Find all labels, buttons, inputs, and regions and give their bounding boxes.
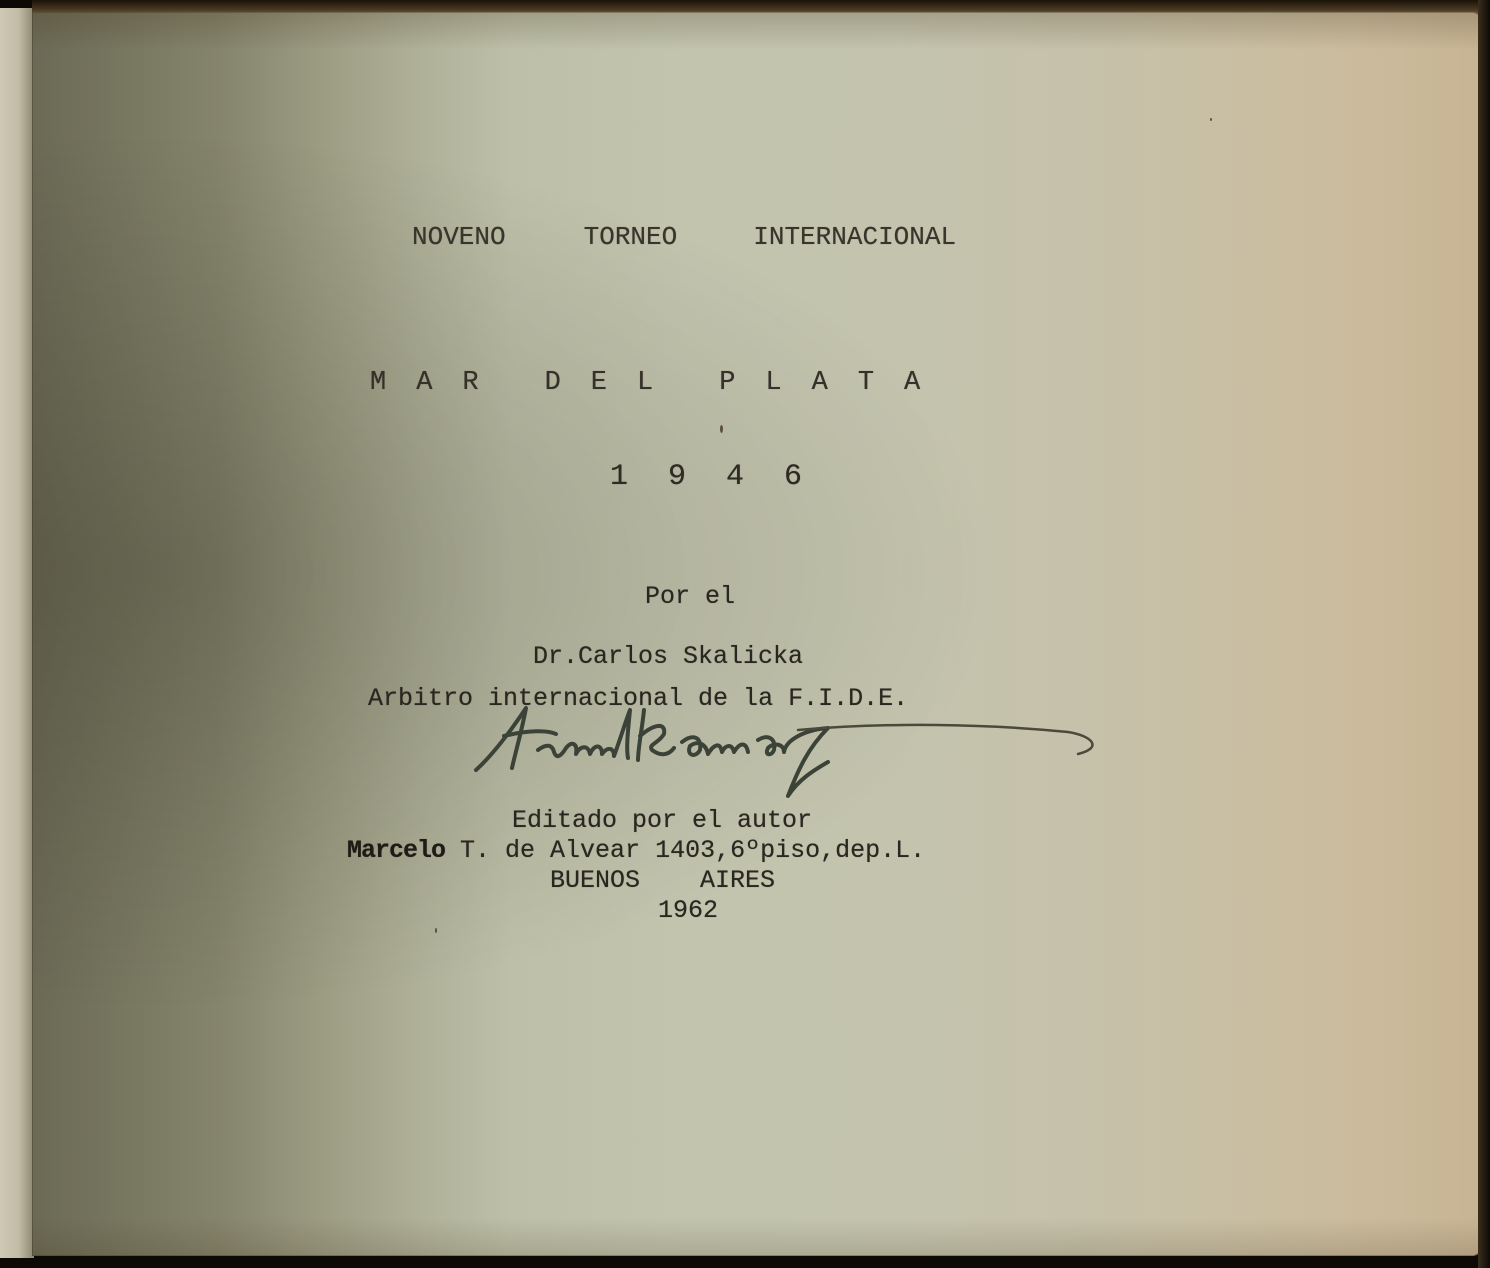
city-word: BUENOS — [550, 866, 640, 895]
event-year: 1946 — [610, 460, 842, 494]
publisher-note: Editado por el autor — [512, 806, 812, 835]
city-word: PLATA — [719, 368, 950, 398]
right-edge-shadow — [1478, 0, 1490, 1268]
scanned-page: NOVENOTORNEOINTERNACIONAL MARDELPLATA 19… — [0, 0, 1490, 1268]
city-word: AIRES — [700, 866, 775, 895]
city-word: DEL — [545, 368, 684, 398]
address-smudged-street: Marcelo — [347, 836, 445, 865]
address-rest: T. de Alvear 1403,6ºpiso,dep.L. — [445, 836, 925, 865]
handwritten-signature-icon — [468, 700, 1108, 810]
paper-speck — [435, 928, 437, 933]
publisher-address: Marcelo T. de Alvear 1403,6ºpiso,dep.L. — [347, 836, 925, 865]
publication-city: BUENOSAIRES — [550, 866, 775, 895]
event-city: MARDELPLATA — [370, 368, 950, 398]
title-word: NOVENO — [412, 222, 506, 252]
previous-page-edge — [0, 8, 34, 1258]
paper-speck — [1210, 118, 1212, 121]
paper-speck — [720, 425, 723, 433]
city-word: MAR — [370, 368, 509, 398]
tournament-title: NOVENOTORNEOINTERNACIONAL — [412, 222, 956, 252]
title-word: INTERNACIONAL — [753, 222, 956, 252]
publication-year: 1962 — [658, 896, 718, 925]
title-page — [32, 12, 1482, 1256]
author-name: Dr.Carlos Skalicka — [533, 642, 803, 671]
title-word: TORNEO — [584, 222, 678, 252]
byline-intro: Por el — [645, 582, 735, 611]
